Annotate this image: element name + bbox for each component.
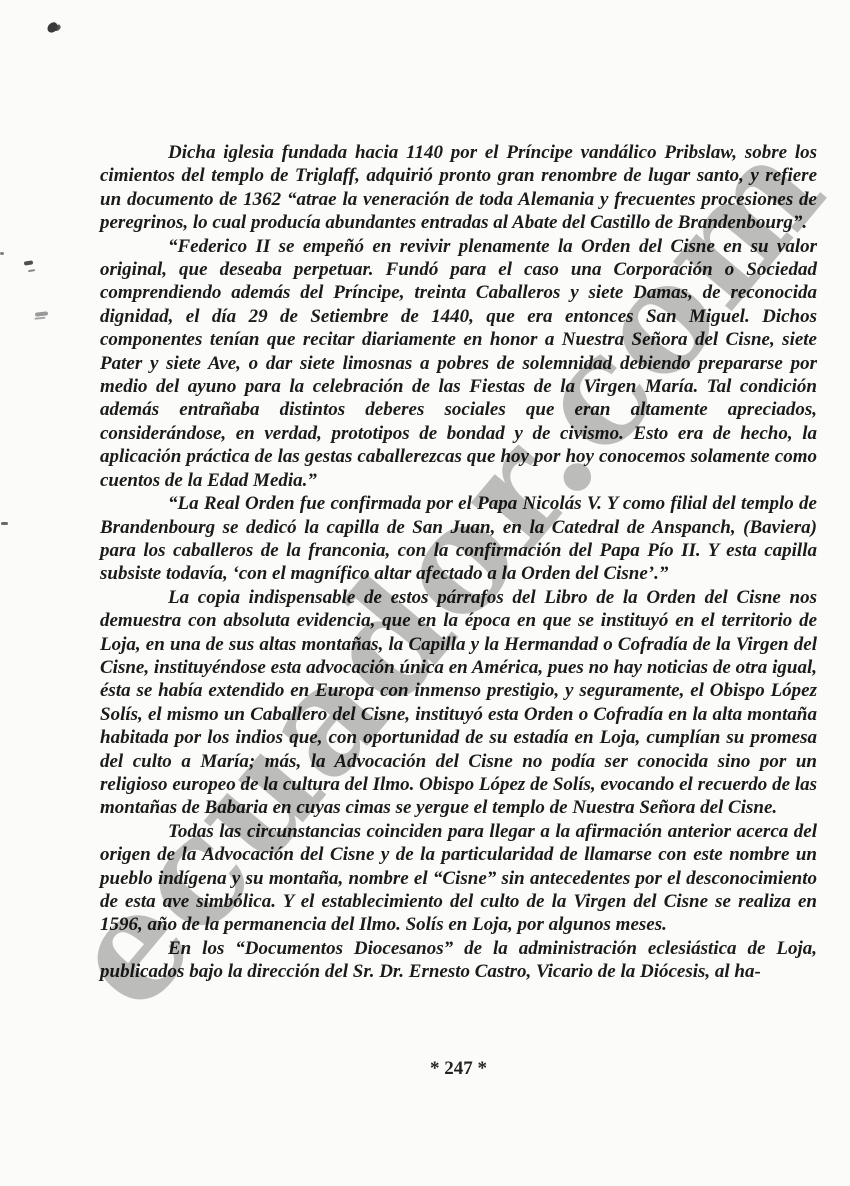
scan-speck [45, 21, 59, 34]
scan-speck [35, 311, 48, 316]
paragraph: “La Real Orden fue confirmada por el Pap… [100, 492, 817, 586]
paragraph: La copia indispensable de estos párrafos… [100, 586, 817, 820]
paragraph: Todas las circunstancias coinciden para … [100, 820, 817, 937]
paragraph: En los “Documentos Diocesanos” de la adm… [100, 937, 817, 984]
page-text-block: Dicha iglesia fundada hacia 1140 por el … [100, 141, 817, 984]
page-number: * 247 * [100, 1058, 817, 1080]
scan-speck [24, 260, 33, 265]
scan-speck [0, 252, 4, 255]
paragraph: “Federico II se empeñó en revivir plenam… [100, 235, 817, 492]
paragraph: Dicha iglesia fundada hacia 1140 por el … [100, 141, 817, 235]
scan-speck [1, 522, 8, 525]
scanned-book-page: ecuador.com Dicha iglesia fundada hacia … [0, 0, 850, 1186]
